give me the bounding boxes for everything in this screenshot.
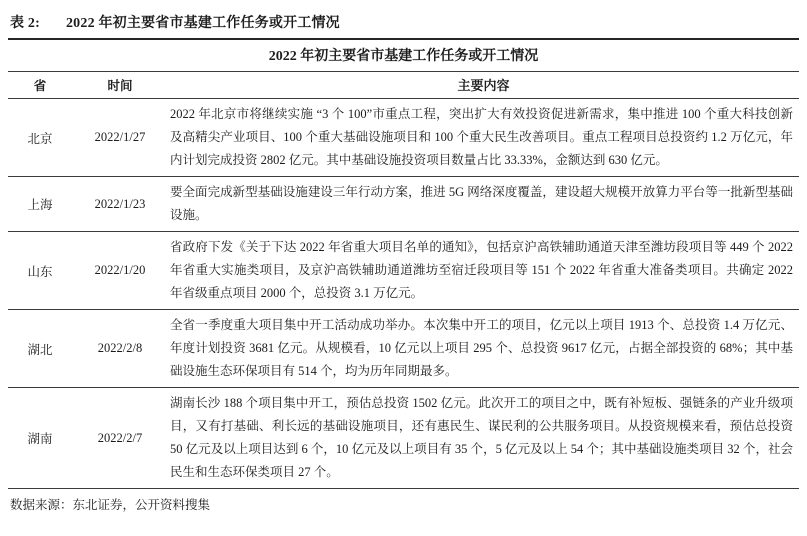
table-caption: 表 2: 2022 年初主要省市基建工作任务或开工情况 (8, 12, 799, 38)
row-date: 2022/1/23 (72, 197, 168, 212)
province-name: 湖北 (8, 340, 72, 358)
table-row-shanghai: 上海 2022/1/23 要全面完成新型基础设施建设三年行动方案，推进 5G 网… (8, 177, 799, 232)
row-date: 2022/1/20 (72, 263, 168, 278)
province-name: 湖南 (8, 429, 72, 447)
row-date: 2022/2/8 (72, 341, 168, 356)
row-content: 省政府下发《关于下达 2022 年省重大项目名单的通知》，包括京沪高铁辅助通道天… (168, 236, 799, 305)
province-name: 上海 (8, 195, 72, 213)
row-date: 2022/1/27 (72, 130, 168, 145)
column-header-content: 主要内容 (168, 75, 799, 94)
table-row-hubei: 湖北 2022/2/8 全省一季度重大项目集中开工活动成功举办。本次集中开工的项… (8, 310, 799, 388)
row-content: 要全面完成新型基础设施建设三年行动方案，推进 5G 网络深度覆盖，建设超大规模开… (168, 181, 799, 227)
table-row-hunan: 湖南 2022/2/7 湖南长沙 188 个项目集中开工，预估总投资 1502 … (8, 388, 799, 489)
table-row-beijing: 北京 2022/1/27 2022 年北京市将继续实施 “3 个 100”市重点… (8, 99, 799, 177)
table-inner-title: 2022 年初主要省市基建工作任务或开工情况 (8, 40, 799, 71)
row-content: 湖南长沙 188 个项目集中开工，预估总投资 1502 亿元。此次开工的项目之中… (168, 392, 799, 484)
report-table-page: 表 2: 2022 年初主要省市基建工作任务或开工情况 2022 年初主要省市基… (0, 0, 807, 536)
data-source-note: 数据来源：东北证券，公开资料搜集 (8, 489, 799, 513)
province-name: 山东 (8, 262, 72, 280)
column-header-date: 时间 (72, 76, 168, 94)
table-caption-number: 表 2: (10, 12, 40, 32)
row-date: 2022/2/7 (72, 431, 168, 446)
row-content: 2022 年北京市将继续实施 “3 个 100”市重点工程，突出扩大有效投资促进… (168, 103, 799, 172)
province-name: 北京 (8, 129, 72, 147)
row-content: 全省一季度重大项目集中开工活动成功举办。本次集中开工的项目，亿元以上项目 191… (168, 314, 799, 383)
table-caption-title: 2022 年初主要省市基建工作任务或开工情况 (66, 12, 340, 32)
table-header-row: 省 时间 主要内容 (8, 72, 799, 98)
column-header-province: 省 (8, 76, 72, 94)
table-row-shandong: 山东 2022/1/20 省政府下发《关于下达 2022 年省重大项目名单的通知… (8, 232, 799, 310)
